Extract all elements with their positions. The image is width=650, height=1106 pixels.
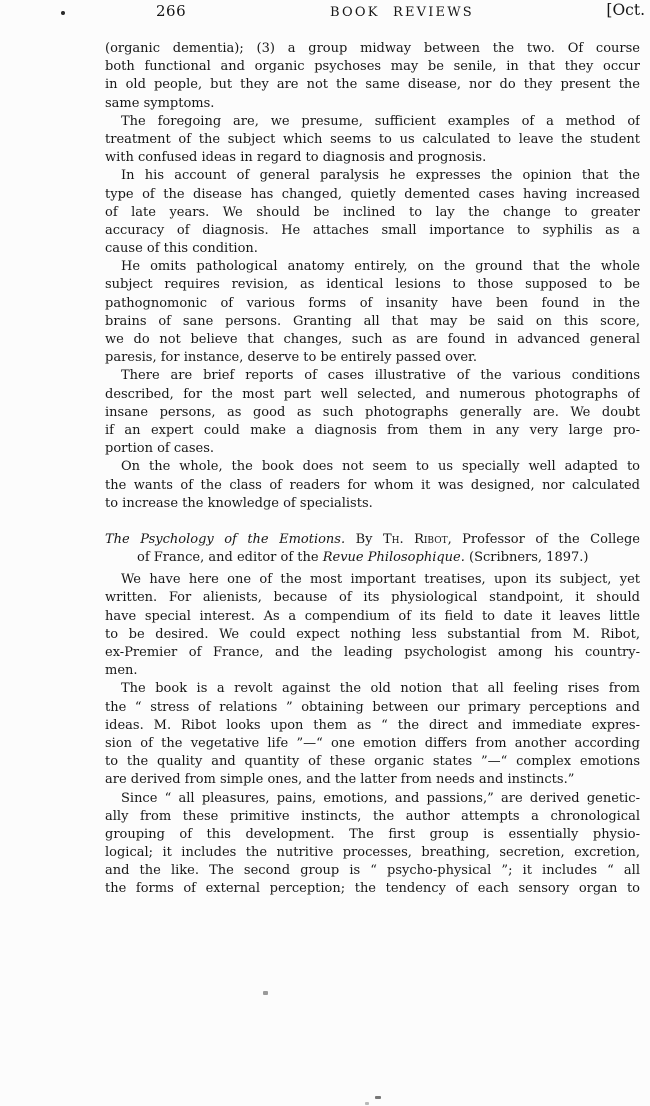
review-body: We have here one of the most important t… xyxy=(105,571,640,898)
text-line: insane persons, as good as such photogra… xyxy=(105,404,640,422)
text-line: subject requires revision, as identical … xyxy=(105,276,640,294)
text-line: We have here one of the most important t… xyxy=(105,571,640,589)
scanned-book-page: 266 BOOK REVIEWS [Oct. (organic dementia… xyxy=(0,0,650,1106)
text-line: and the like. The second group is “ psyc… xyxy=(105,862,640,880)
text-line: type of the disease has changed, quietly… xyxy=(105,186,640,204)
text-line: sion of the vegetative life ”—“ one emot… xyxy=(105,735,640,753)
paragraph: The foregoing are, we presume, sufficien… xyxy=(105,113,640,168)
review-heading: The Psychology of the Emotions. By Th. R… xyxy=(105,531,640,567)
text-line: in old people, but they are not the same… xyxy=(105,76,640,94)
text-line: brains of sane persons. Granting all tha… xyxy=(105,313,640,331)
text-line: pathognomonic of various forms of insani… xyxy=(105,295,640,313)
publisher-info: (Scribners, 1897.) xyxy=(465,550,589,565)
text-line: (organic dementia); (3) a group midway b… xyxy=(105,40,640,58)
text-line: The foregoing are, we presume, sufficien… xyxy=(105,113,640,131)
text-line: the wants of the class of readers for wh… xyxy=(105,477,640,495)
author-name: Th. Ribot xyxy=(383,532,448,547)
ink-speck xyxy=(263,991,268,995)
paragraph: On the whole, the book does not seem to … xyxy=(105,458,640,513)
paragraph: (organic dementia); (3) a group midway b… xyxy=(105,40,640,113)
heading-line-2: of France, and editor of the Revue Philo… xyxy=(105,549,640,567)
text-line: we do not believe that changes, such as … xyxy=(105,331,640,349)
text-line: The book is a revolt against the old not… xyxy=(105,680,640,698)
text-line: cause of this condition. xyxy=(105,240,640,258)
book-title: The Psychology of the Emotions. xyxy=(105,532,345,547)
text-line: treatment of the subject which seems to … xyxy=(105,131,640,149)
paragraph: In his account of general paralysis he e… xyxy=(105,167,640,258)
text-line: with confused ideas in regard to diagnos… xyxy=(105,149,640,167)
text-line: ally from these primitive instincts, the… xyxy=(105,808,640,826)
paragraph: The book is a revolt against the old not… xyxy=(105,680,640,789)
text-line: if an expert could make a diagnosis from… xyxy=(105,422,640,440)
by-label: By xyxy=(345,532,383,547)
text-line: of late years. We should be inclined to … xyxy=(105,204,640,222)
text-line: to increase the knowledge of specialists… xyxy=(105,495,640,513)
text-line: portion of cases. xyxy=(105,440,640,458)
text-line: both functional and organic psychoses ma… xyxy=(105,58,640,76)
text-line: He omits pathological anatomy entirely, … xyxy=(105,258,640,276)
text-line: the “ stress of relations ” obtaining be… xyxy=(105,699,640,717)
review-continuation: (organic dementia); (3) a group midway b… xyxy=(105,40,640,513)
text-line: grouping of this development. The first … xyxy=(105,826,640,844)
text-line: ideas. M. Ribot looks upon them as “ the… xyxy=(105,717,640,735)
text-line: same symptoms. xyxy=(105,95,640,113)
paragraph: There are brief reports of cases illustr… xyxy=(105,367,640,458)
text-line: written. For alienists, because of its p… xyxy=(105,589,640,607)
ink-dot-artifact xyxy=(61,11,65,15)
page-number: 266 xyxy=(156,2,186,20)
paragraph: Since “ all pleasures, pains, emotions, … xyxy=(105,790,640,899)
text-block: (organic dementia); (3) a group midway b… xyxy=(105,40,640,899)
running-title: BOOK REVIEWS xyxy=(330,5,474,20)
text-line: the forms of external perception; the te… xyxy=(105,880,640,898)
text-line: are derived from simple ones, and the la… xyxy=(105,771,640,789)
text-line: There are brief reports of cases illustr… xyxy=(105,367,640,385)
text-line: Since “ all pleasures, pains, emotions, … xyxy=(105,790,640,808)
text-line: On the whole, the book does not seem to … xyxy=(105,458,640,476)
text-line: paresis, for instance, deserve to be ent… xyxy=(105,349,640,367)
text-line: logical; it includes the nutritive proce… xyxy=(105,844,640,862)
ink-speck xyxy=(365,1102,369,1105)
text-line: to the quality and quantity of these org… xyxy=(105,753,640,771)
text-line: men. xyxy=(105,662,640,680)
paragraph: We have here one of the most important t… xyxy=(105,571,640,680)
issue-date: [Oct. xyxy=(606,1,645,19)
paragraph: He omits pathological anatomy entirely, … xyxy=(105,258,640,367)
text-line: to be desired. We could expect nothing l… xyxy=(105,626,640,644)
heading-continuation: of France, and editor of the xyxy=(137,550,323,565)
text-line: ex-Premier of France, and the leading ps… xyxy=(105,644,640,662)
text-line: have special interest. As a compendium o… xyxy=(105,608,640,626)
text-line: accuracy of diagnosis. He attaches small… xyxy=(105,222,640,240)
ink-speck xyxy=(375,1096,381,1099)
journal-name: Revue Philosophique. xyxy=(323,550,465,565)
author-description: , Professor of the College xyxy=(448,532,640,547)
text-line: described, for the most part well select… xyxy=(105,386,640,404)
text-line: In his account of general paralysis he e… xyxy=(105,167,640,185)
heading-line-1: The Psychology of the Emotions. By Th. R… xyxy=(105,531,640,549)
